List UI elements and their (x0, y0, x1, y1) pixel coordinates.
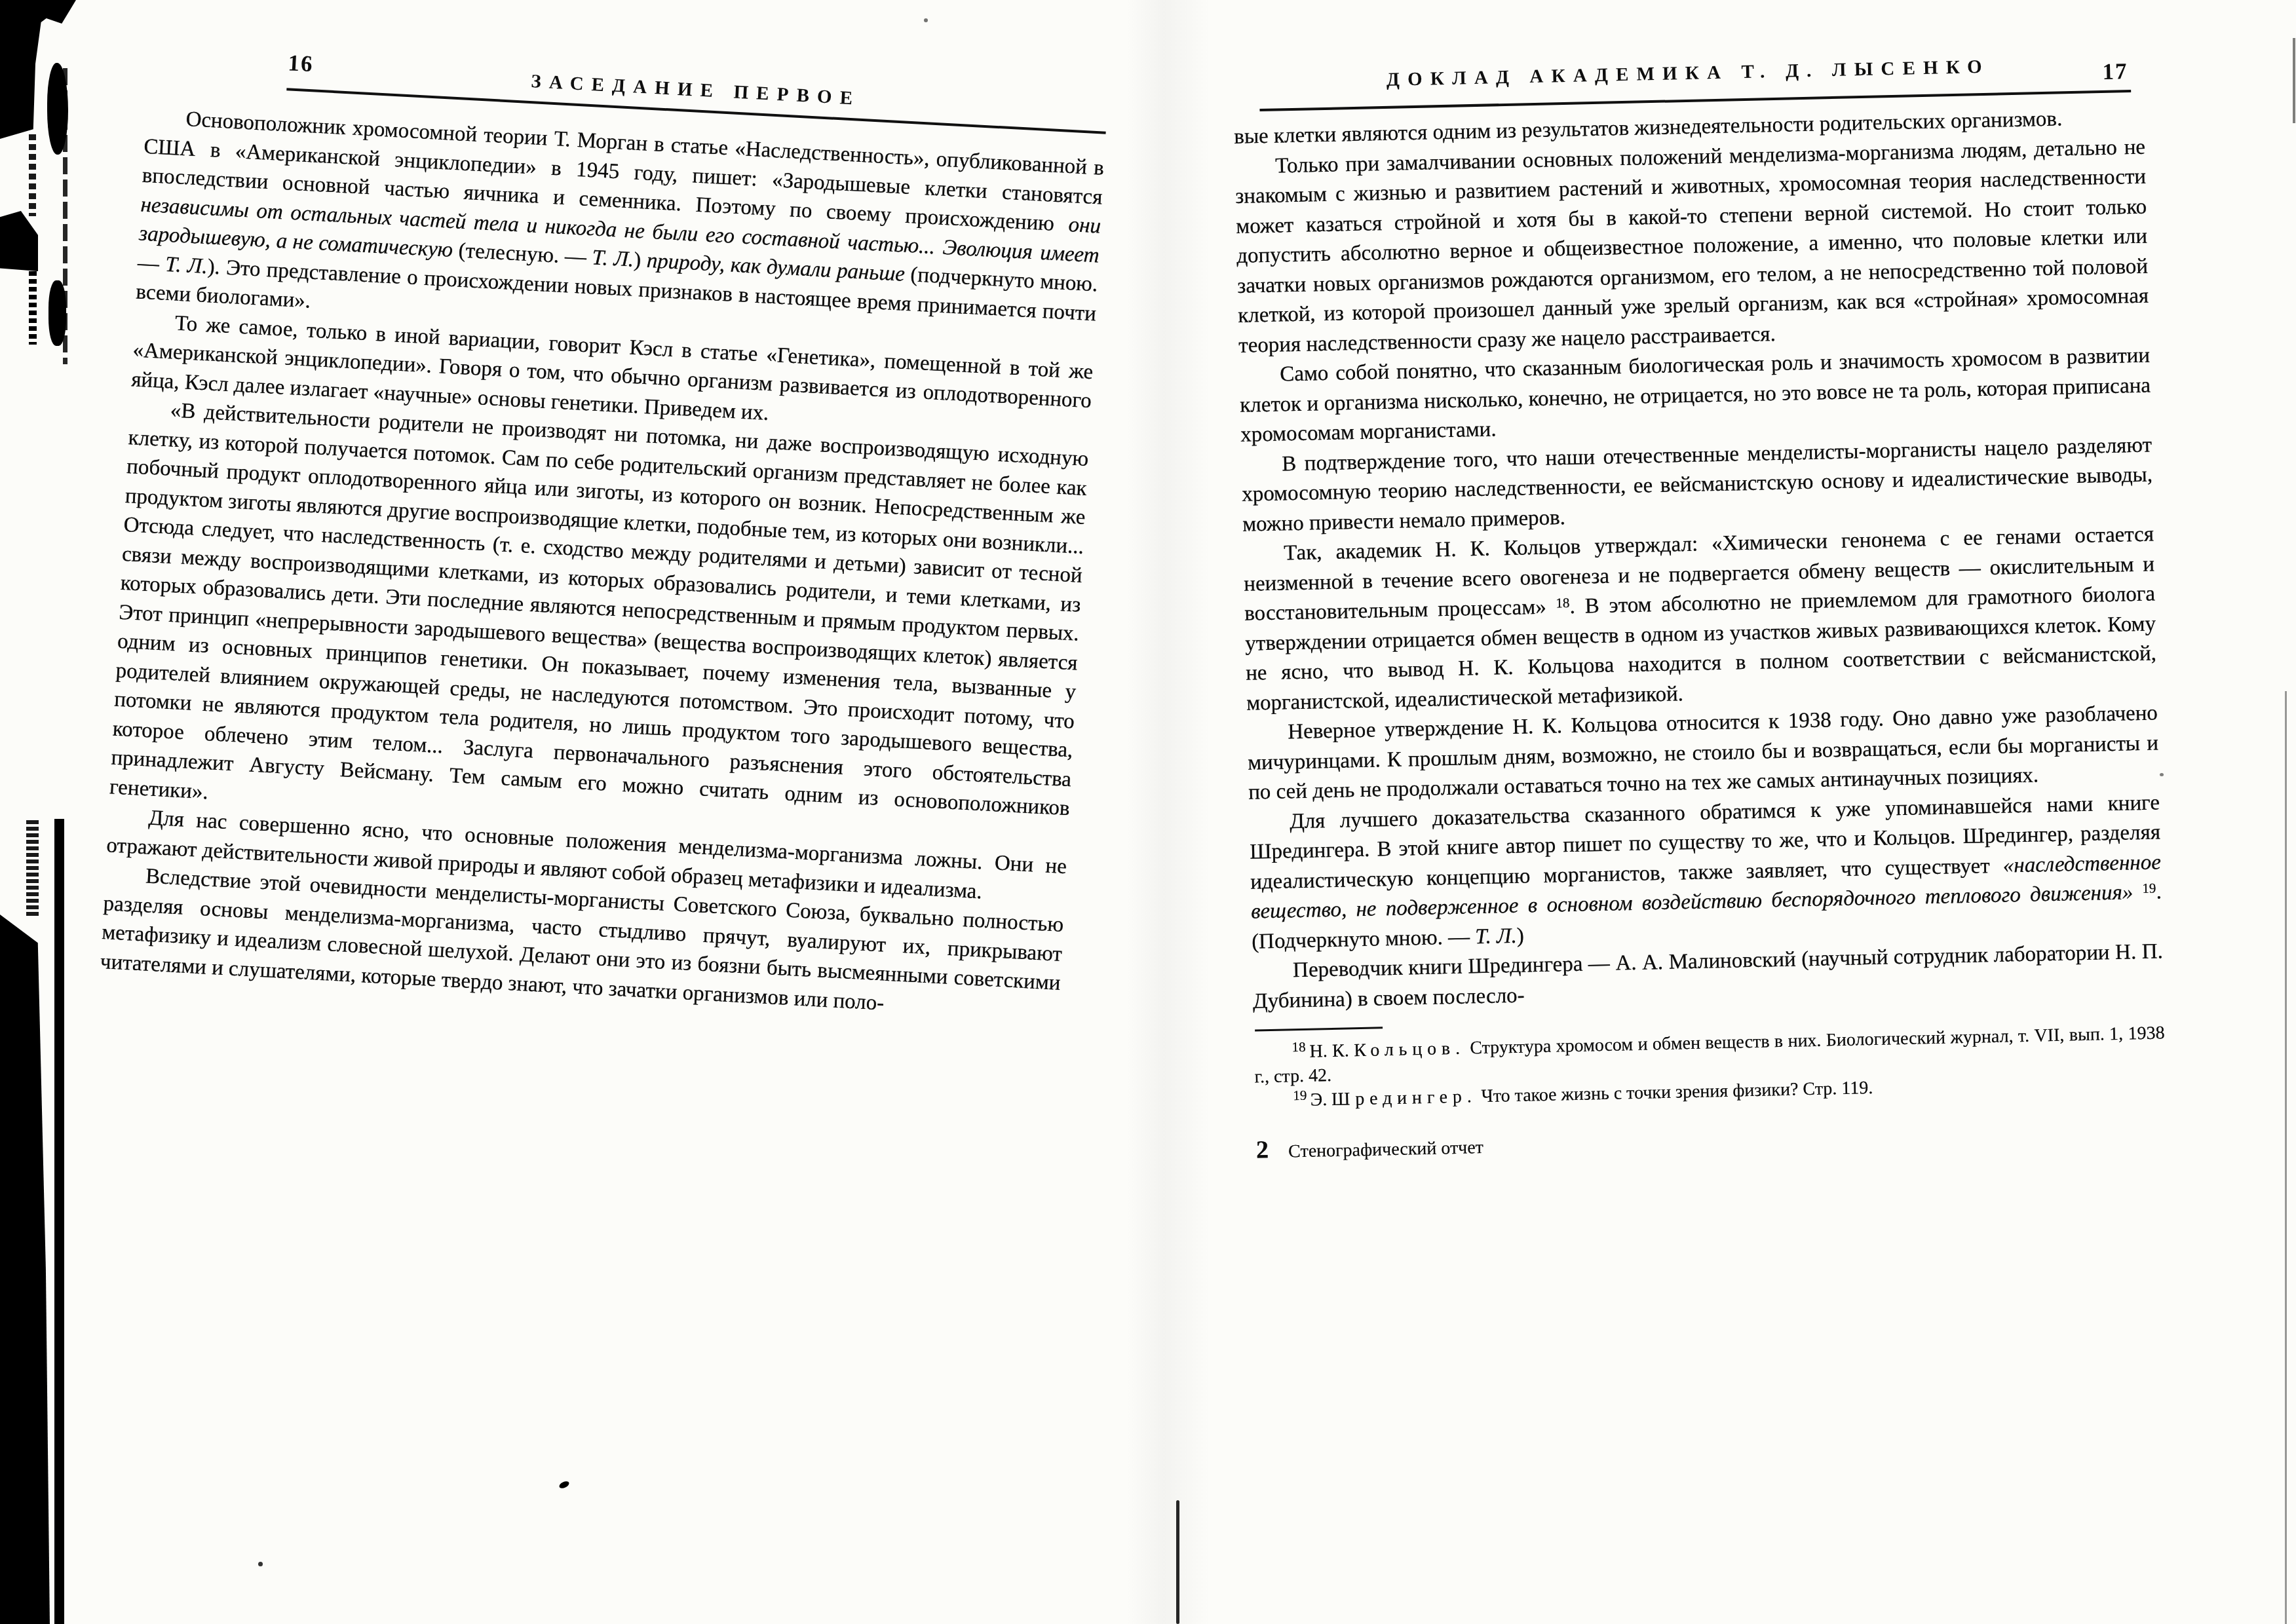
gutter-fold-line (1176, 1500, 1179, 1624)
signature-number: 2 (1256, 1136, 1269, 1163)
signature-label: Стенографический отчет (1288, 1137, 1483, 1161)
ink-speck (2160, 773, 2164, 776)
scan-artifact (29, 271, 37, 345)
signature-line: 2Стенографический отчет (1256, 1116, 2168, 1164)
page-number-right: 17 (2102, 58, 2128, 85)
page-gutter-shadow (1126, 0, 1211, 1624)
page-edge-line-right (2285, 691, 2287, 1624)
text-column-left: Основоположник хромосомной теории Т. Мор… (100, 103, 1105, 1027)
scan-artifact-left-edge (0, 915, 50, 1624)
paragraph: Для лучшего доказательства сказанного об… (1249, 788, 2163, 957)
paragraph: Так, академик Н. К. Кольцов утверждал: «… (1243, 519, 2158, 718)
ink-speck (924, 18, 928, 22)
scan-artifact-left-bar (54, 819, 64, 1624)
scan-artifact (29, 134, 36, 216)
scan-artifact (48, 280, 66, 346)
ink-speck (558, 1480, 570, 1490)
page-number-left: 16 (287, 50, 314, 77)
text-column-right: вые клетки являются одним из результатов… (1234, 103, 2164, 1017)
ink-speck (1746, 303, 1749, 307)
paragraph: «В действительности родители не производ… (109, 394, 1089, 852)
paragraph: Только при замалчивании основных положен… (1234, 132, 2150, 361)
page-right: ДОКЛАД АКАДЕМИКА Т. Д. ЛЫСЕНКО 17 вые кл… (1232, 16, 2167, 1165)
footnotes: 18 Н. К. Кольцов. Структура хромосом и о… (1253, 1021, 2166, 1113)
scan-artifact (26, 820, 39, 918)
footnote-separator (1255, 1027, 1383, 1031)
scan-artifact (2293, 38, 2295, 123)
page-left: 16 ЗАСЕДАНИЕ ПЕРВОЕ Основоположник хромо… (100, 16, 1109, 1027)
ink-speck (258, 1562, 263, 1566)
scan-artifact (0, 211, 38, 271)
book-scan-sheet: 16 ЗАСЕДАНИЕ ПЕРВОЕ Основоположник хромо… (0, 0, 2296, 1624)
running-title-right: ДОКЛАД АКАДЕМИКА Т. Д. ЛЫСЕНКО (1387, 56, 1991, 91)
